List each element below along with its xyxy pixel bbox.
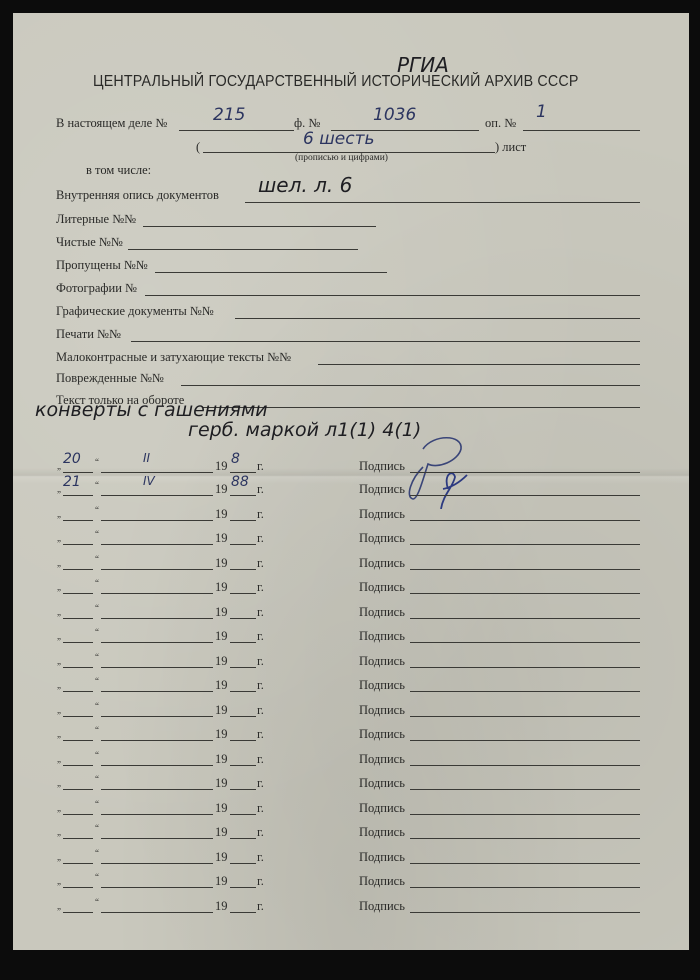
sheets-close-paren-label: ) лист [495, 140, 526, 155]
field-low-contrast-texts-label: Малоконтрасные и затухающие тексты №№ [56, 350, 291, 365]
close-quote: “ [95, 578, 99, 588]
sheets-hint: (прописью и цифрами) [295, 153, 388, 163]
year-field-line[interactable] [230, 472, 256, 473]
close-quote: “ [95, 457, 99, 467]
year-field-line[interactable] [230, 863, 256, 864]
year-field-line[interactable] [230, 544, 256, 545]
year-field-line[interactable] [230, 716, 256, 717]
year-prefix: 19 [215, 776, 228, 791]
month-field-line[interactable] [101, 593, 213, 594]
signature-label: Подпись [359, 654, 405, 669]
fond-value[interactable]: 1036 [373, 105, 416, 125]
day-field-line[interactable] [63, 814, 93, 815]
month-field-line[interactable] [101, 691, 213, 692]
field-damaged-label: Поврежденные №№ [56, 371, 164, 386]
year-field-line[interactable] [230, 838, 256, 839]
open-quote: „ [57, 754, 61, 764]
field-seals-line[interactable] [131, 341, 640, 342]
year-field-line[interactable] [230, 618, 256, 619]
year-field-line[interactable] [230, 740, 256, 741]
year-value[interactable]: 8 [231, 451, 240, 467]
year-field-line[interactable] [230, 912, 256, 913]
year-suffix: г. [257, 727, 264, 742]
year-field-line[interactable] [230, 691, 256, 692]
field-internal-inventory-label: Внутренняя опись документов [56, 188, 219, 203]
date-signature-row: „“19г.Подпись [13, 801, 689, 821]
year-suffix: г. [257, 556, 264, 571]
signature-label: Подпись [359, 825, 405, 840]
date-signature-row: „21“IV1988г.Подпись [13, 482, 689, 502]
year-suffix: г. [257, 531, 264, 546]
year-prefix: 19 [215, 459, 228, 474]
signature-label: Подпись [359, 899, 405, 914]
open-quote: „ [57, 484, 61, 494]
signature-label: Подпись [359, 850, 405, 865]
open-quote: „ [57, 901, 61, 911]
year-suffix: г. [257, 580, 264, 595]
field-photos-label: Фотографии № [56, 281, 137, 296]
close-quote: “ [95, 823, 99, 833]
year-prefix: 19 [215, 899, 228, 914]
field-low-contrast-texts-line[interactable] [318, 364, 640, 365]
signature-field-line[interactable] [410, 618, 640, 619]
month-field-line[interactable] [101, 716, 213, 717]
close-quote: “ [95, 554, 99, 564]
signature-field-line[interactable] [410, 544, 640, 545]
month-field-line[interactable] [101, 740, 213, 741]
year-field-line[interactable] [230, 593, 256, 594]
year-prefix: 19 [215, 752, 228, 767]
close-quote: “ [95, 750, 99, 760]
signature-label: Подпись [359, 580, 405, 595]
open-quote: „ [57, 705, 61, 715]
day-field-line[interactable] [63, 887, 93, 888]
month-field-line[interactable] [101, 789, 213, 790]
day-field-line[interactable] [63, 472, 93, 473]
year-prefix: 19 [215, 874, 228, 889]
open-quote: „ [57, 533, 61, 543]
year-suffix: г. [257, 459, 264, 474]
year-field-line[interactable] [230, 642, 256, 643]
date-signature-row: „“19г.Подпись [13, 507, 689, 527]
including-label: в том числе: [86, 163, 151, 178]
year-prefix: 19 [215, 482, 228, 497]
open-quote: „ [57, 729, 61, 739]
day-field-line[interactable] [63, 765, 93, 766]
field-seals-label: Печати №№ [56, 327, 121, 342]
year-prefix: 19 [215, 825, 228, 840]
close-quote: “ [95, 799, 99, 809]
year-prefix: 19 [215, 605, 228, 620]
close-quote: “ [95, 897, 99, 907]
year-field-line[interactable] [230, 495, 256, 496]
close-quote: “ [95, 848, 99, 858]
year-suffix: г. [257, 801, 264, 816]
date-signature-row: „“19г.Подпись [13, 752, 689, 772]
open-quote: „ [57, 631, 61, 641]
year-prefix: 19 [215, 531, 228, 546]
open-quote: „ [57, 509, 61, 519]
signature-field-line[interactable] [410, 887, 640, 888]
field-letter-numbers-label: Литерные №№ [56, 212, 136, 227]
open-quote: „ [57, 582, 61, 592]
day-field-line[interactable] [63, 642, 93, 643]
field-blank-numbers-line[interactable] [128, 249, 358, 250]
signature-field-line[interactable] [410, 593, 640, 594]
month-field-line[interactable] [101, 887, 213, 888]
year-value[interactable]: 88 [231, 474, 249, 490]
close-quote: “ [95, 652, 99, 662]
archive-form-sheet: РГИА ЦЕНТРАЛЬНЫЙ ГОСУДАРСТВЕННЫЙ ИСТОРИЧ… [13, 13, 689, 950]
month-field-line[interactable] [101, 472, 213, 473]
delo-label: В настоящем деле № [56, 116, 167, 131]
field-letter-numbers-line[interactable] [143, 226, 376, 227]
day-field-line[interactable] [63, 691, 93, 692]
date-signature-row: „“19г.Подпись [13, 874, 689, 894]
signature-label: Подпись [359, 556, 405, 571]
day-field-line[interactable] [63, 667, 93, 668]
sheets-open-paren: ( [196, 140, 200, 155]
year-suffix: г. [257, 752, 264, 767]
field-internal-inventory-line[interactable] [245, 202, 640, 203]
field-damaged-line[interactable] [181, 385, 640, 386]
year-suffix: г. [257, 703, 264, 718]
signature-field-line[interactable] [410, 838, 640, 839]
signature-label: Подпись [359, 459, 405, 474]
date-signature-row: „“19г.Подпись [13, 678, 689, 698]
signature-field-line[interactable] [410, 495, 640, 496]
year-prefix: 19 [215, 556, 228, 571]
open-quote: „ [57, 461, 61, 471]
day-field-line[interactable] [63, 520, 93, 521]
signature-label: Подпись [359, 531, 405, 546]
field-skipped-numbers-label: Пропущены №№ [56, 258, 148, 273]
signature-field-line[interactable] [410, 789, 640, 790]
date-signature-row: „“19г.Подпись [13, 531, 689, 551]
signature-field-line[interactable] [410, 716, 640, 717]
open-quote: „ [57, 656, 61, 666]
date-signature-row: „“19г.Подпись [13, 580, 689, 600]
date-signature-row: „“19г.Подпись [13, 850, 689, 870]
signature-label: Подпись [359, 727, 405, 742]
day-field-line[interactable] [63, 863, 93, 864]
month-field-line[interactable] [101, 544, 213, 545]
sheets-value[interactable]: 6 шесть [303, 129, 375, 149]
year-field-line[interactable] [230, 765, 256, 766]
field-graphic-docs-line[interactable] [235, 318, 640, 319]
month-value[interactable]: II [143, 451, 150, 465]
day-field-line[interactable] [63, 740, 93, 741]
open-quote: „ [57, 852, 61, 862]
open-quote: „ [57, 607, 61, 617]
day-field-line[interactable] [63, 593, 93, 594]
day-field-line[interactable] [63, 912, 93, 913]
year-suffix: г. [257, 850, 264, 865]
date-signature-row: „“19г.Подпись [13, 605, 689, 625]
year-prefix: 19 [215, 727, 228, 742]
signature-field-line[interactable] [410, 691, 640, 692]
close-quote: “ [95, 603, 99, 613]
day-value[interactable]: 20 [63, 451, 81, 467]
close-quote: “ [95, 701, 99, 711]
signature-field-line[interactable] [410, 642, 640, 643]
signature-field-line[interactable] [410, 667, 640, 668]
year-prefix: 19 [215, 580, 228, 595]
signature-field-line[interactable] [410, 472, 640, 473]
open-quote: „ [57, 876, 61, 886]
date-signature-row: „“19г.Подпись [13, 727, 689, 747]
opis-label: оп. № [485, 116, 516, 131]
date-signature-row: „“19г.Подпись [13, 825, 689, 845]
open-quote: „ [57, 778, 61, 788]
handwritten-note-line1: конверты с гашениями [35, 399, 268, 421]
month-field-line[interactable] [101, 814, 213, 815]
close-quote: “ [95, 505, 99, 515]
signature-label: Подпись [359, 703, 405, 718]
year-suffix: г. [257, 605, 264, 620]
field-skipped-numbers-line[interactable] [155, 272, 387, 273]
close-quote: “ [95, 627, 99, 637]
date-signature-row: „“19г.Подпись [13, 629, 689, 649]
signature-field-line[interactable] [410, 765, 640, 766]
open-quote: „ [57, 680, 61, 690]
year-suffix: г. [257, 507, 264, 522]
day-field-line[interactable] [63, 789, 93, 790]
year-suffix: г. [257, 629, 264, 644]
signature-field-line[interactable] [410, 912, 640, 913]
month-field-line[interactable] [101, 495, 213, 496]
year-suffix: г. [257, 678, 264, 693]
field-blank-numbers-label: Чистые №№ [56, 235, 123, 250]
day-field-line[interactable] [63, 716, 93, 717]
opis-field-line[interactable] [523, 130, 640, 131]
signature-label: Подпись [359, 874, 405, 889]
month-field-line[interactable] [101, 642, 213, 643]
close-quote: “ [95, 676, 99, 686]
signature-field-line[interactable] [410, 569, 640, 570]
year-field-line[interactable] [230, 789, 256, 790]
delo-field-line[interactable] [179, 130, 294, 131]
month-field-line[interactable] [101, 912, 213, 913]
close-quote: “ [95, 725, 99, 735]
month-field-line[interactable] [101, 520, 213, 521]
year-prefix: 19 [215, 654, 228, 669]
date-signature-row: „“19г.Подпись [13, 654, 689, 674]
year-suffix: г. [257, 654, 264, 669]
field-photos-line[interactable] [145, 295, 640, 296]
year-prefix: 19 [215, 850, 228, 865]
year-prefix: 19 [215, 507, 228, 522]
year-field-line[interactable] [230, 569, 256, 570]
date-signature-row: „“19г.Подпись [13, 776, 689, 796]
open-quote: „ [57, 558, 61, 568]
close-quote: “ [95, 872, 99, 882]
close-quote: “ [95, 529, 99, 539]
signature-label: Подпись [359, 482, 405, 497]
handwritten-note-line2: герб. маркой л1(1) 4(1) [188, 419, 421, 441]
month-field-line[interactable] [101, 618, 213, 619]
day-field-line[interactable] [63, 569, 93, 570]
signature-label: Подпись [359, 801, 405, 816]
year-suffix: г. [257, 776, 264, 791]
delo-value[interactable]: 215 [213, 105, 245, 125]
signature-label: Подпись [359, 752, 405, 767]
close-quote: “ [95, 774, 99, 784]
signature-label: Подпись [359, 678, 405, 693]
month-field-line[interactable] [101, 838, 213, 839]
day-field-line[interactable] [63, 495, 93, 496]
page-title: ЦЕНТРАЛЬНЫЙ ГОСУДАРСТВЕННЫЙ ИСТОРИЧЕСКИЙ… [93, 73, 579, 91]
day-value[interactable]: 21 [63, 474, 81, 490]
month-field-line[interactable] [101, 765, 213, 766]
month-field-line[interactable] [101, 569, 213, 570]
signature-field-line[interactable] [410, 520, 640, 521]
year-field-line[interactable] [230, 667, 256, 668]
day-field-line[interactable] [63, 838, 93, 839]
opis-value[interactable]: 1 [536, 102, 547, 122]
signature-field-line[interactable] [410, 814, 640, 815]
year-prefix: 19 [215, 678, 228, 693]
date-signature-row: „“19г.Подпись [13, 556, 689, 576]
month-field-line[interactable] [101, 667, 213, 668]
month-field-line[interactable] [101, 863, 213, 864]
signature-label: Подпись [359, 629, 405, 644]
open-quote: „ [57, 827, 61, 837]
day-field-line[interactable] [63, 618, 93, 619]
signature-label: Подпись [359, 605, 405, 620]
signature-field-line[interactable] [410, 740, 640, 741]
signature-label: Подпись [359, 776, 405, 791]
year-prefix: 19 [215, 703, 228, 718]
field-internal-inventory-value[interactable]: шел. л. 6 [258, 173, 352, 197]
year-suffix: г. [257, 899, 264, 914]
year-field-line[interactable] [230, 814, 256, 815]
date-signature-row: „20“II198г.Подпись [13, 459, 689, 479]
signature-label: Подпись [359, 507, 405, 522]
month-value[interactable]: IV [143, 474, 155, 488]
close-quote: “ [95, 480, 99, 490]
year-field-line[interactable] [230, 887, 256, 888]
date-signature-row: „“19г.Подпись [13, 703, 689, 723]
year-prefix: 19 [215, 629, 228, 644]
date-signature-row: „“19г.Подпись [13, 899, 689, 919]
field-graphic-docs-label: Графические документы №№ [56, 304, 214, 319]
year-suffix: г. [257, 825, 264, 840]
year-field-line[interactable] [230, 520, 256, 521]
year-suffix: г. [257, 482, 264, 497]
day-field-line[interactable] [63, 544, 93, 545]
field-verso-only-line[interactable] [203, 407, 640, 408]
open-quote: „ [57, 803, 61, 813]
year-prefix: 19 [215, 801, 228, 816]
year-suffix: г. [257, 874, 264, 889]
signature-field-line[interactable] [410, 863, 640, 864]
